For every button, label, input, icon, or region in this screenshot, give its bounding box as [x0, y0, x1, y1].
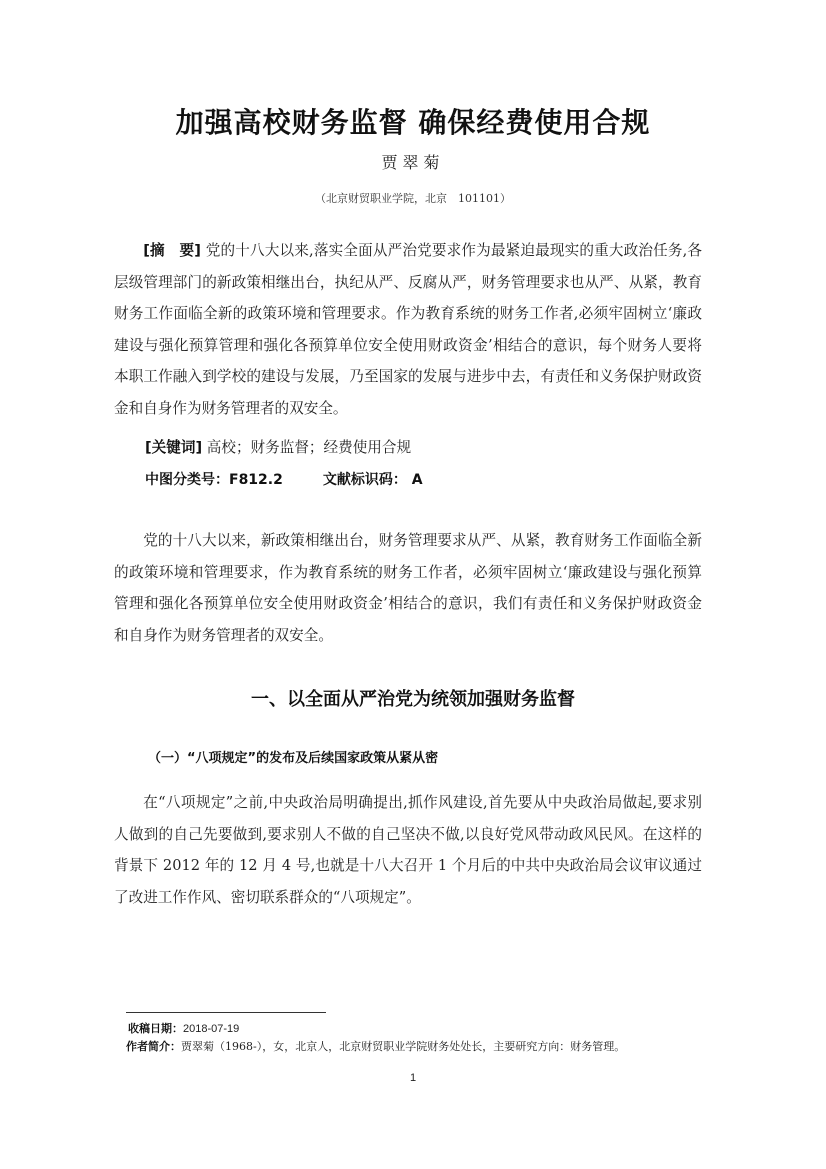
keywords-text: 高校；财务监督；经费使用合规	[207, 439, 411, 456]
abstract-label: [摘 要]	[143, 242, 201, 259]
page-number: 1	[0, 1070, 826, 1086]
doc-code-label: 文献标识码：	[323, 472, 407, 488]
section-heading: 一、以全面从严治党为统领加强财务监督	[0, 686, 826, 714]
received-value: 2018-07-19	[183, 1023, 239, 1035]
clc-value: F812.2	[229, 472, 283, 488]
author-bio-value: 贾翠菊（1968-），女，北京人，北京财贸职业学院财务处处长，主要研究方向：财务…	[181, 1040, 625, 1053]
subsection-heading: （一）“八项规定”的发布及后续国家政策从紧从密	[148, 748, 438, 770]
author-bio-label: 作者简介：	[126, 1040, 181, 1053]
footnote-author-bio: 作者简介：贾翠菊（1968-），女，北京人，北京财贸职业学院财务处处长，主要研究…	[126, 1039, 625, 1055]
paper-title: 加强高校财务监督 确保经费使用合规	[0, 104, 826, 142]
author-affiliation: （北京财贸职业学院，北京 101101）	[0, 191, 826, 207]
clc-label: 中图分类号：	[145, 472, 229, 488]
footnote-divider	[126, 1012, 326, 1013]
abstract-text: 党的十八大以来,落实全面从严治党要求作为最紧迫最现实的重大政治任务,各层级管理部…	[114, 242, 702, 417]
received-label: 收稿日期：	[128, 1022, 183, 1035]
keywords-label: [关键词]	[145, 439, 202, 456]
doc-code-value: A	[412, 472, 423, 488]
abstract-block: [摘 要] 党的十八大以来,落实全面从严治党要求作为最紧迫最现实的重大政治任务,…	[114, 235, 702, 424]
classification-line: 中图分类号：F812.2文献标识码： A	[145, 468, 423, 492]
footnote-received-date: 收稿日期：2018-07-19	[128, 1021, 239, 1037]
intro-paragraph: 党的十八大以来，新政策相继出台，财务管理要求从严、从紧，教育财务工作面临全新的政…	[114, 525, 702, 651]
keywords-line: [关键词] 高校；财务监督；经费使用合规	[145, 436, 411, 460]
document-page: 加强高校财务监督 确保经费使用合规 贾翠菊 （北京财贸职业学院，北京 10110…	[0, 0, 826, 1169]
author-name: 贾翠菊	[0, 151, 826, 175]
subsection-paragraph: 在“八项规定”之前,中央政治局明确提出,抓作风建设,首先要从中央政治局做起,要求…	[114, 787, 702, 913]
